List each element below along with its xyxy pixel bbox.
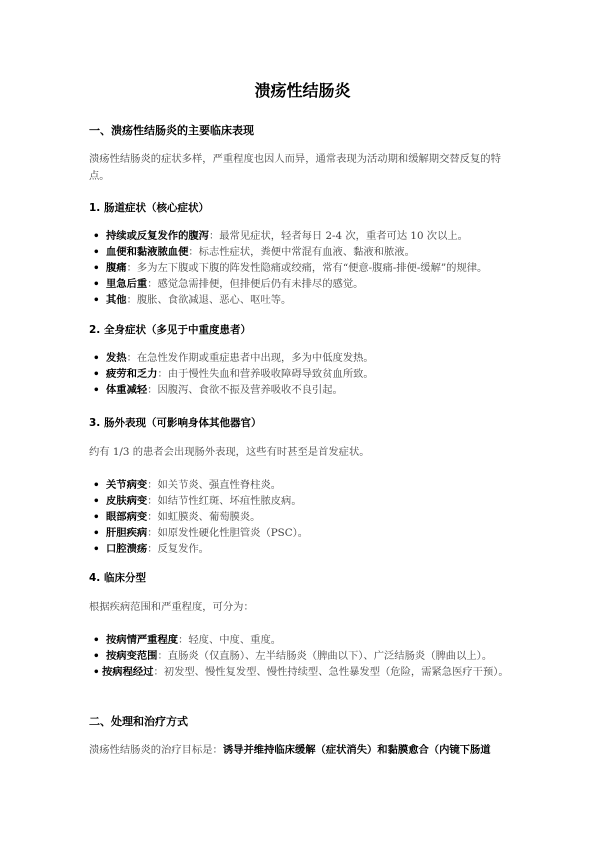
- list-item: •按病变范围：直肠炎（仅直肠）、左半结肠炎（脾曲以下）、广泛结肠炎（脾曲以上）。: [89, 648, 519, 664]
- list-item: •血便和黏液脓血便：标志性症状，粪便中常混有血液、黏液和脓液。: [89, 244, 519, 260]
- bullet-icon: •: [93, 228, 100, 244]
- classification-list: •按病情严重程度：轻度、中度、重度。 •按病变范围：直肠炎（仅直肠）、左半结肠炎…: [89, 632, 519, 680]
- bullet-icon: •: [93, 244, 100, 260]
- bullet-icon: •: [93, 292, 100, 308]
- item-term: 其他: [106, 294, 127, 306]
- item-term: 皮肤病变: [106, 495, 147, 507]
- list-item: •里急后重：感觉急需排便，但排便后仍有未排尽的感觉。: [89, 276, 519, 292]
- item-term: 眼部病变: [106, 511, 147, 523]
- item-term: 疲劳和乏力: [106, 368, 157, 380]
- list-item: •疲劳和乏力：由于慢性失血和营养吸收障碍导致贫血所致。: [89, 366, 519, 382]
- list-item: •体重减轻：因腹泻、食欲不振及营养吸收不良引起。: [89, 382, 519, 398]
- subsection3-heading: 3. 肠外表现（可影响身体其他器官）: [89, 415, 261, 430]
- item-term: 发热: [106, 352, 127, 364]
- intro-line: 点。: [89, 168, 509, 185]
- item-desc: ：多为左下腹或下腹的阵发性隐痛或绞痛，常有“便意-腹痛-排便-缓解”的规律。: [127, 262, 488, 274]
- item-term: 关节病变: [106, 479, 147, 491]
- list-item: •按病程经过：初发型、慢性复发型、慢性持续型、急性暴发型（危险，需紧急医疗干预）…: [89, 664, 519, 680]
- bullet-icon: •: [93, 350, 100, 366]
- extraintestinal-list: •关节病变：如关节炎、强直性脊柱炎。 •皮肤病变：如结节性红斑、坏疽性脓皮病。 …: [89, 477, 519, 557]
- item-desc: ：如原发性硬化性胆管炎（PSC）。: [147, 527, 308, 539]
- item-desc: ：如结节性红斑、坏疽性脓皮病。: [147, 495, 301, 507]
- bullet-icon: •: [93, 632, 100, 648]
- bullet-icon: •: [93, 366, 100, 382]
- bullet-icon: •: [93, 541, 100, 557]
- item-desc: ：最常见症状，轻者每日 2-4 次，重者可达 10 次以上。: [209, 230, 468, 242]
- item-desc: ：轻度、中度、重度。: [178, 634, 281, 646]
- list-item: •眼部病变：如虹膜炎、葡萄膜炎。: [89, 509, 519, 525]
- item-desc: ：腹胀、食欲减退、恶心、呕吐等。: [127, 294, 292, 306]
- intro-bold: 诱导并维持临床缓解（症状消失）和黏膜愈合（内镜下肠道: [223, 744, 491, 756]
- bullet-icon: •: [93, 664, 100, 680]
- section1-intro: 溃疡性结肠炎的症状多样，严重程度也因人而异，通常表现为活动期和缓解期交替反复的特…: [89, 151, 509, 185]
- subsection1-heading: 1. 肠道症状（核心症状）: [89, 200, 209, 215]
- item-desc: ：因腹泻、食欲不振及营养吸收不良引起。: [147, 384, 343, 396]
- item-term: 腹痛: [106, 262, 127, 274]
- subsection3-intro: 约有 1/3 的患者会出现肠外表现，这些有时甚至是首发症状。: [89, 444, 509, 461]
- bullet-icon: •: [93, 276, 100, 292]
- intestinal-symptoms-list: •持续或反复发作的腹泻：最常见症状，轻者每日 2-4 次，重者可达 10 次以上…: [89, 228, 519, 308]
- list-item: •皮肤病变：如结节性红斑、坏疽性脓皮病。: [89, 493, 519, 509]
- item-term: 体重减轻: [106, 384, 147, 396]
- bullet-icon: •: [93, 525, 100, 541]
- section2-heading: 二、处理和治疗方式: [89, 713, 188, 729]
- item-term: 血便和黏液脓血便: [106, 246, 188, 258]
- item-term: 口腔溃疡: [106, 543, 147, 555]
- subsection4-intro: 根据疾病范围和严重程度，可分为：: [89, 599, 509, 616]
- list-item: •口腔溃疡：反复发作。: [89, 541, 519, 557]
- item-desc: ：反复发作。: [147, 543, 209, 555]
- document-title: 溃疡性结肠炎: [0, 78, 595, 101]
- intro-plain: 溃疡性结肠炎的治疗目标是：: [89, 744, 223, 756]
- item-desc: ：如关节炎、强直性脊柱炎。: [147, 479, 281, 491]
- item-term: 按病情严重程度: [106, 634, 178, 646]
- list-item: •腹痛：多为左下腹或下腹的阵发性隐痛或绞痛，常有“便意-腹痛-排便-缓解”的规律…: [89, 260, 519, 276]
- subsection2-heading: 2. 全身症状（多见于中重度患者）: [89, 322, 251, 337]
- item-desc: ：初发型、慢性复发型、慢性持续型、急性暴发型（危险，需紧急医疗干预）。: [153, 666, 508, 678]
- bullet-icon: •: [93, 260, 100, 276]
- list-item: •关节病变：如关节炎、强直性脊柱炎。: [89, 477, 519, 493]
- bullet-icon: •: [93, 493, 100, 509]
- item-term: 持续或反复发作的腹泻: [106, 230, 209, 242]
- list-item: •肝胆疾病：如原发性硬化性胆管炎（PSC）。: [89, 525, 519, 541]
- section2-intro: 溃疡性结肠炎的治疗目标是：诱导并维持临床缓解（症状消失）和黏膜愈合（内镜下肠道: [89, 742, 509, 759]
- item-desc: ：在急性发作期或重症患者中出现，多为中低度发热。: [127, 352, 374, 364]
- list-item: •发热：在急性发作期或重症患者中出现，多为中低度发热。: [89, 350, 519, 366]
- intro-line: 溃疡性结肠炎的症状多样，严重程度也因人而异，通常表现为活动期和缓解期交替反复的特: [89, 151, 509, 168]
- item-desc: ：直肠炎（仅直肠）、左半结肠炎（脾曲以下）、广泛结肠炎（脾曲以上）。: [157, 650, 492, 662]
- bullet-icon: •: [93, 382, 100, 398]
- document-page: 溃疡性结肠炎 一、溃疡性结肠炎的主要临床表现 溃疡性结肠炎的症状多样，严重程度也…: [0, 0, 595, 841]
- section1-heading: 一、溃疡性结肠炎的主要临床表现: [89, 122, 254, 138]
- list-item: •其他：腹胀、食欲减退、恶心、呕吐等。: [89, 292, 519, 308]
- bullet-icon: •: [93, 648, 100, 664]
- bullet-icon: •: [93, 509, 100, 525]
- item-term: 肝胆疾病: [106, 527, 147, 539]
- item-desc: ：感觉急需排便，但排便后仍有未排尽的感觉。: [147, 278, 363, 290]
- item-term: 按病变范围: [106, 650, 157, 662]
- item-desc: ：由于慢性失血和营养吸收障碍导致贫血所致。: [157, 368, 373, 380]
- item-term: 里急后重: [106, 278, 147, 290]
- bullet-icon: •: [93, 477, 100, 493]
- item-term: 按病程经过: [102, 666, 153, 678]
- item-desc: ：标志性症状，粪便中常混有血液、黏液和脓液。: [188, 246, 415, 258]
- systemic-symptoms-list: •发热：在急性发作期或重症患者中出现，多为中低度发热。 •疲劳和乏力：由于慢性失…: [89, 350, 519, 398]
- item-desc: ：如虹膜炎、葡萄膜炎。: [147, 511, 260, 523]
- subsection4-heading: 4. 临床分型: [89, 570, 146, 585]
- list-item: •持续或反复发作的腹泻：最常见症状，轻者每日 2-4 次，重者可达 10 次以上…: [89, 228, 519, 244]
- list-item: •按病情严重程度：轻度、中度、重度。: [89, 632, 519, 648]
